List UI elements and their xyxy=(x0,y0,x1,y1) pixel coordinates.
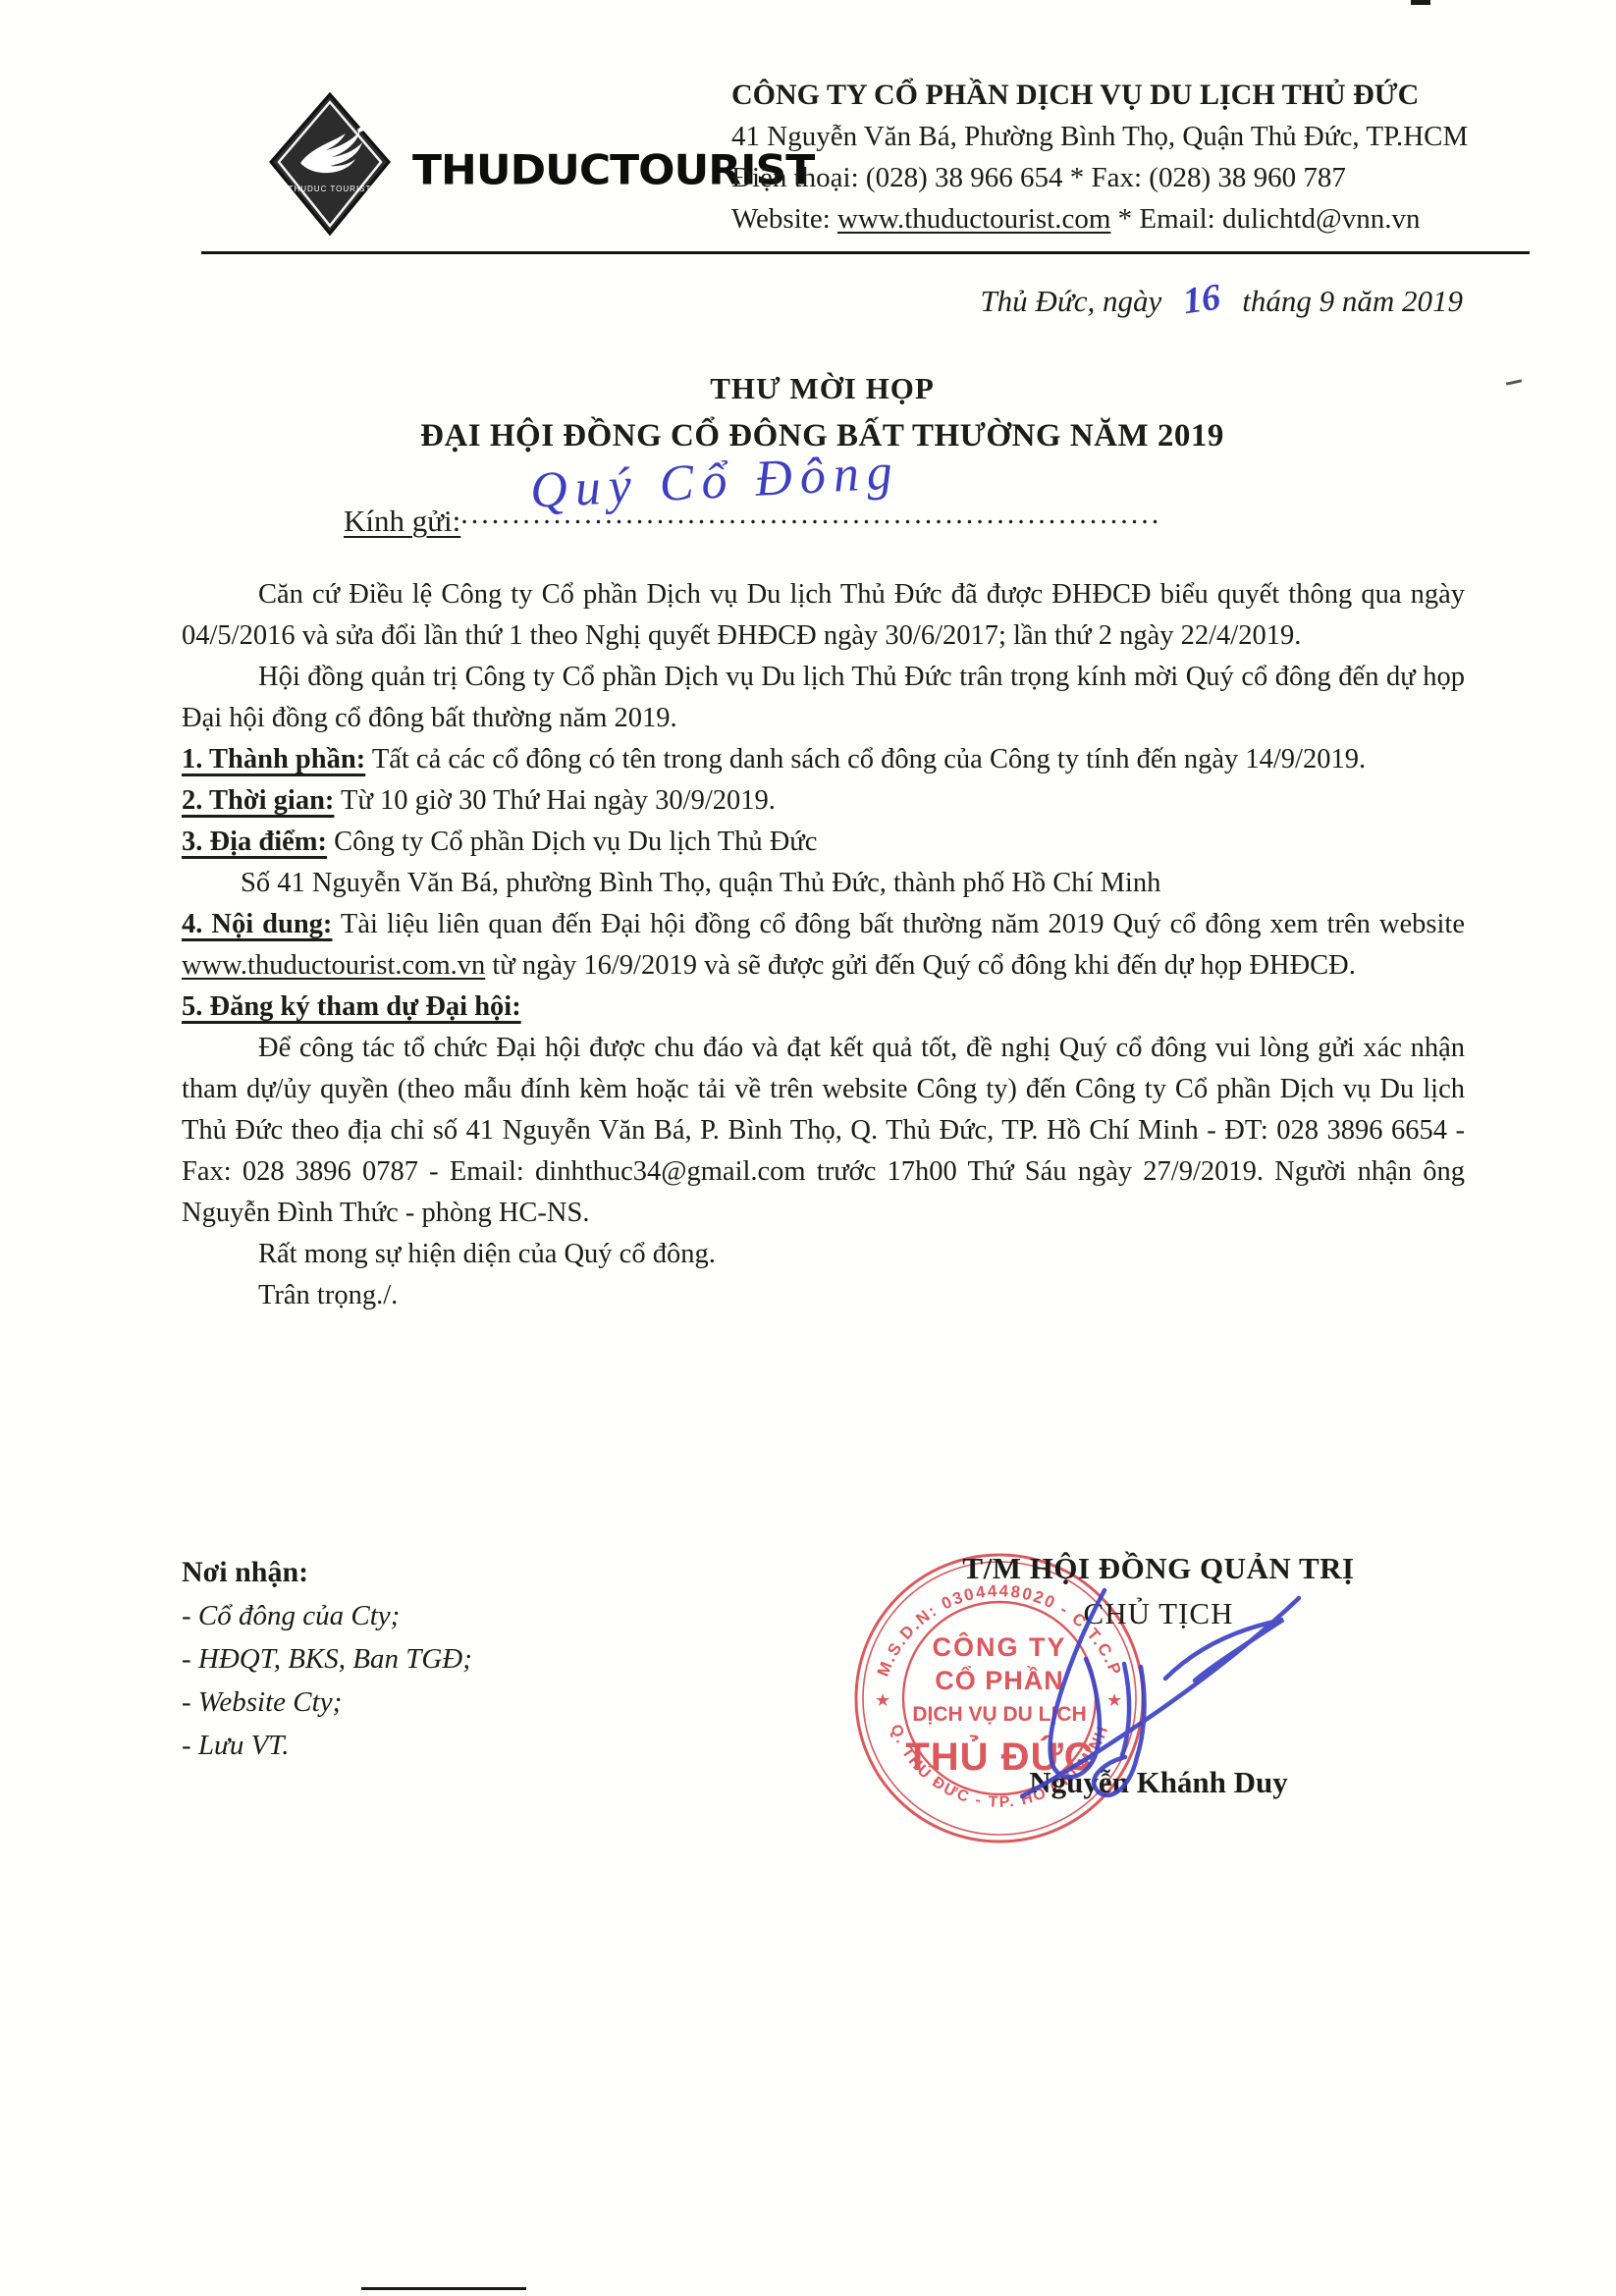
dateline-prefix: Thủ Đức, ngày xyxy=(980,284,1161,318)
handwritten-day: 16 xyxy=(1180,276,1223,324)
letter-body: Căn cứ Điều lệ Công ty Cổ phần Dịch vụ D… xyxy=(182,574,1465,1316)
section-location: 3. Địa điểm: Công ty Cổ phần Dịch vụ Du … xyxy=(182,822,1465,863)
paragraph-invitation: Hội đồng quản trị Công ty Cổ phần Dịch v… xyxy=(182,657,1465,739)
scan-artifact xyxy=(1506,379,1522,385)
company-web-email: Website: www.thuductourist.com * Email: … xyxy=(731,198,1507,240)
section5-heading: 5. Đăng ký tham dự Đại hội: xyxy=(182,991,521,1022)
logo-caption: THUDUC TOURIST xyxy=(289,185,372,193)
handwritten-signature xyxy=(957,1563,1360,1808)
company-address: 41 Nguyễn Văn Bá, Phường Bình Thọ, Quận … xyxy=(731,116,1507,157)
company-logo: THUDUC TOURIST xyxy=(267,90,393,238)
paragraph-basis: Căn cứ Điều lệ Công ty Cổ phần Dịch vụ D… xyxy=(182,574,1465,657)
recipient-item: - HĐQT, BKS, Ban TGĐ; xyxy=(182,1637,472,1681)
dateline-suffix: tháng 9 năm 2019 xyxy=(1242,284,1463,318)
email-text: * Email: dulichtd@vnn.vn xyxy=(1110,203,1420,235)
recipient-item: - Lưu VT. xyxy=(182,1724,472,1767)
recipients-block: Nơi nhận: - Cổ đông của Cty; - HĐQT, BKS… xyxy=(182,1551,472,1767)
salutation: Kính gửi:...............................… xyxy=(344,498,1325,539)
section-registration-body: Để công tác tổ chức Đại hội được chu đáo… xyxy=(182,1028,1465,1234)
section4-heading: 4. Nội dung: xyxy=(182,909,332,939)
section-participants: 1. Thành phần: Tất cả các cổ đông có tên… xyxy=(182,739,1465,780)
website-url: www.thuductourist.com xyxy=(837,203,1110,235)
section1-heading: 1. Thành phần: xyxy=(182,744,365,774)
section1-body: Tất cả các cổ đông có tên trong danh sác… xyxy=(365,744,1366,774)
stamp-star-left: ★ xyxy=(875,1690,890,1710)
scan-artifact xyxy=(361,2287,526,2290)
closing-line1: Rất mong sự hiện diện của Quý cổ đông. xyxy=(182,1234,1465,1275)
recipient-item: - Cổ đông của Cty; xyxy=(182,1594,472,1637)
dateline: Thủ Đức, ngày16tháng 9 năm 2019 xyxy=(182,278,1463,321)
section4-body-pre: Tài liệu liên quan đến Đại hội đồng cổ đ… xyxy=(332,909,1465,939)
section-registration-heading: 5. Đăng ký tham dự Đại hội: xyxy=(182,987,1465,1028)
website-label: Website: xyxy=(731,203,837,235)
meeting-docs-url: www.thuductourist.com.vn xyxy=(182,950,485,981)
section3-heading: 3. Địa điểm: xyxy=(182,827,327,857)
section3-body: Công ty Cổ phần Dịch vụ Du lịch Thủ Đức xyxy=(327,827,817,857)
header-company-block: CÔNG TY CỔ PHẦN DỊCH VỤ DU LỊCH THỦ ĐỨC … xyxy=(731,75,1507,240)
letter-title: THƯ MỜI HỌP ĐẠI HỘI ĐỒNG CỔ ĐÔNG BẤT THƯ… xyxy=(182,365,1463,459)
section4-body-post: từ ngày 16/9/2019 và sẽ được gửi đến Quý… xyxy=(485,950,1356,981)
salutation-label: Kính gửi: xyxy=(344,504,460,538)
scanned-letter-page: THUDUC TOURIST THUDUCTOURIST CÔNG TY CỔ … xyxy=(0,0,1616,2296)
company-phone-fax: Điện thoại: (028) 38 966 654 * Fax: (028… xyxy=(731,157,1507,198)
header-separator xyxy=(201,251,1530,254)
section-content: 4. Nội dung: Tài liệu liên quan đến Đại … xyxy=(182,904,1465,987)
company-name: CÔNG TY CỔ PHẦN DỊCH VỤ DU LỊCH THỦ ĐỨC xyxy=(731,75,1507,116)
section2-heading: 2. Thời gian: xyxy=(182,785,334,816)
section2-body: Từ 10 giờ 30 Thứ Hai ngày 30/9/2019. xyxy=(334,785,775,816)
scan-artifact xyxy=(1411,0,1430,5)
diamond-logo-icon: THUDUC TOURIST xyxy=(267,90,393,238)
recipients-label: Nơi nhận: xyxy=(182,1551,472,1594)
section-location-address: Số 41 Nguyễn Văn Bá, phường Bình Thọ, qu… xyxy=(182,863,1465,904)
recipient-item: - Website Cty; xyxy=(182,1681,472,1724)
section-time: 2. Thời gian: Từ 10 giờ 30 Thứ Hai ngày … xyxy=(182,780,1465,822)
closing-line2: Trân trọng./. xyxy=(182,1275,1465,1316)
title-line1: THƯ MỜI HỌP xyxy=(182,365,1463,412)
